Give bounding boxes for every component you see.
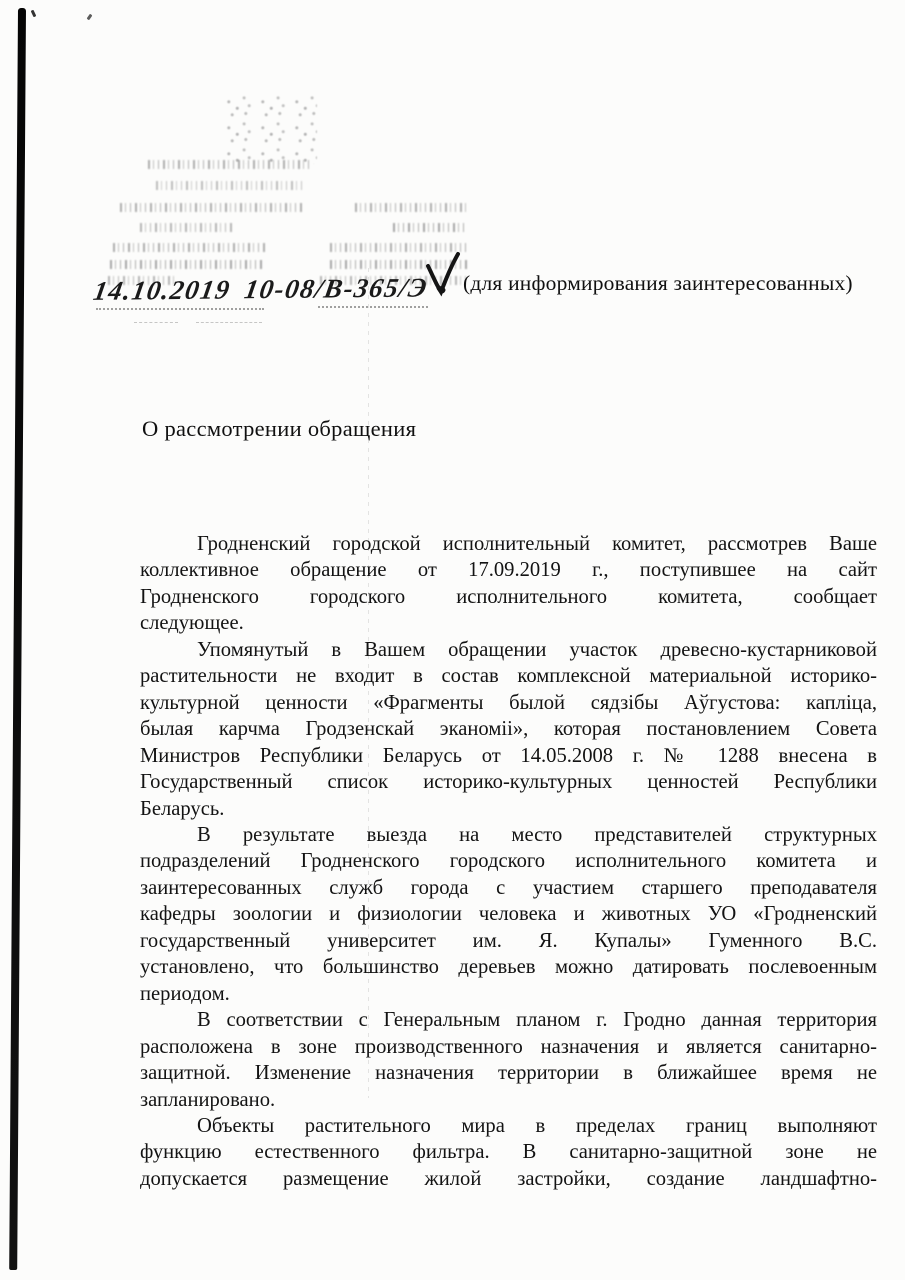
body-line: следующее. bbox=[140, 610, 877, 636]
paragraph: В результате выезда на место представите… bbox=[140, 822, 877, 1007]
form-dotted-line bbox=[134, 322, 178, 323]
subject-line: О рассмотрении обращения bbox=[142, 416, 416, 442]
checkmark-icon bbox=[420, 250, 468, 306]
body-line: Гродненский городской исполнительный ком… bbox=[140, 531, 877, 557]
scan-speck bbox=[87, 14, 93, 21]
letterhead-smudge bbox=[110, 260, 262, 269]
scan-speck bbox=[31, 10, 37, 18]
body-line: установлено, что большинство деревьев мо… bbox=[140, 954, 877, 980]
paragraph: Упомянутый в Вашем обращении участок дре… bbox=[140, 637, 877, 822]
body-line: культурной ценности «Фрагменты былой сяд… bbox=[140, 690, 877, 716]
body-line: расположена в зоне производственного наз… bbox=[140, 1034, 877, 1060]
body-line: государственный университет им. Я. Купал… bbox=[140, 928, 877, 954]
underline-dash bbox=[96, 308, 264, 310]
body-line: защитной. Изменение назначения территори… bbox=[140, 1060, 877, 1086]
underline-dash bbox=[318, 306, 428, 308]
body-line: запланировано. bbox=[140, 1087, 877, 1113]
paragraph: Гродненский городской исполнительный ком… bbox=[140, 531, 877, 637]
body-line: заинтересованных служб города с участием… bbox=[140, 875, 877, 901]
body-line: былая карчма Гродзенскай эканоміі», кото… bbox=[140, 716, 877, 742]
scanned-letter-page: 14.10.2019 10-08/В-365/Э (для информиров… bbox=[0, 0, 905, 1280]
body-line: В соответствии с Генеральным планом г. Г… bbox=[140, 1007, 877, 1033]
paragraph: В соответствии с Генеральным планом г. Г… bbox=[140, 1007, 877, 1113]
letterhead-smudge bbox=[148, 160, 313, 169]
letterhead-emblem-smudge bbox=[222, 94, 317, 164]
body-line: Гродненского городского исполнительного … bbox=[140, 584, 877, 610]
body-line: функцию естественного фильтра. В санитар… bbox=[140, 1139, 877, 1165]
letterhead-smudge bbox=[113, 243, 265, 252]
letterhead-smudge bbox=[393, 223, 465, 232]
scan-edge-bar bbox=[9, 8, 26, 1270]
letterhead-smudge bbox=[120, 203, 305, 212]
body-line: кафедры зоологии и физиологии человека и… bbox=[140, 901, 877, 927]
letterhead-smudge bbox=[355, 203, 467, 212]
letter-body: Гродненский городской исполнительный ком… bbox=[140, 531, 877, 1192]
body-line: Беларусь. bbox=[140, 796, 877, 822]
body-line: допускается размещение жилой застройки, … bbox=[140, 1166, 877, 1192]
body-line: растительности не входит в состав компле… bbox=[140, 663, 877, 689]
body-line: В результате выезда на место представите… bbox=[140, 822, 877, 848]
body-line: Государственный список историко-культурн… bbox=[140, 769, 877, 795]
body-line: коллективное обращение от 17.09.2019 г.,… bbox=[140, 557, 877, 583]
paragraph: Объекты растительного мира в пределах гр… bbox=[140, 1113, 877, 1192]
letterhead-smudge bbox=[140, 223, 232, 232]
body-line: периодом. bbox=[140, 981, 877, 1007]
body-line: Объекты растительного мира в пределах гр… bbox=[140, 1113, 877, 1139]
body-line: подразделений Гродненского городского ис… bbox=[140, 848, 877, 874]
form-dotted-line bbox=[196, 322, 262, 323]
handwritten-registration-number: 14.10.2019 10-08/В-365/Э bbox=[91, 272, 457, 307]
body-line: Министров Республики Беларусь от 14.05.2… bbox=[140, 743, 877, 769]
body-line: Упомянутый в Вашем обращении участок дре… bbox=[140, 637, 877, 663]
recipient-note: (для информирования заинтересованных) bbox=[463, 271, 883, 296]
letterhead-smudge bbox=[156, 181, 306, 190]
